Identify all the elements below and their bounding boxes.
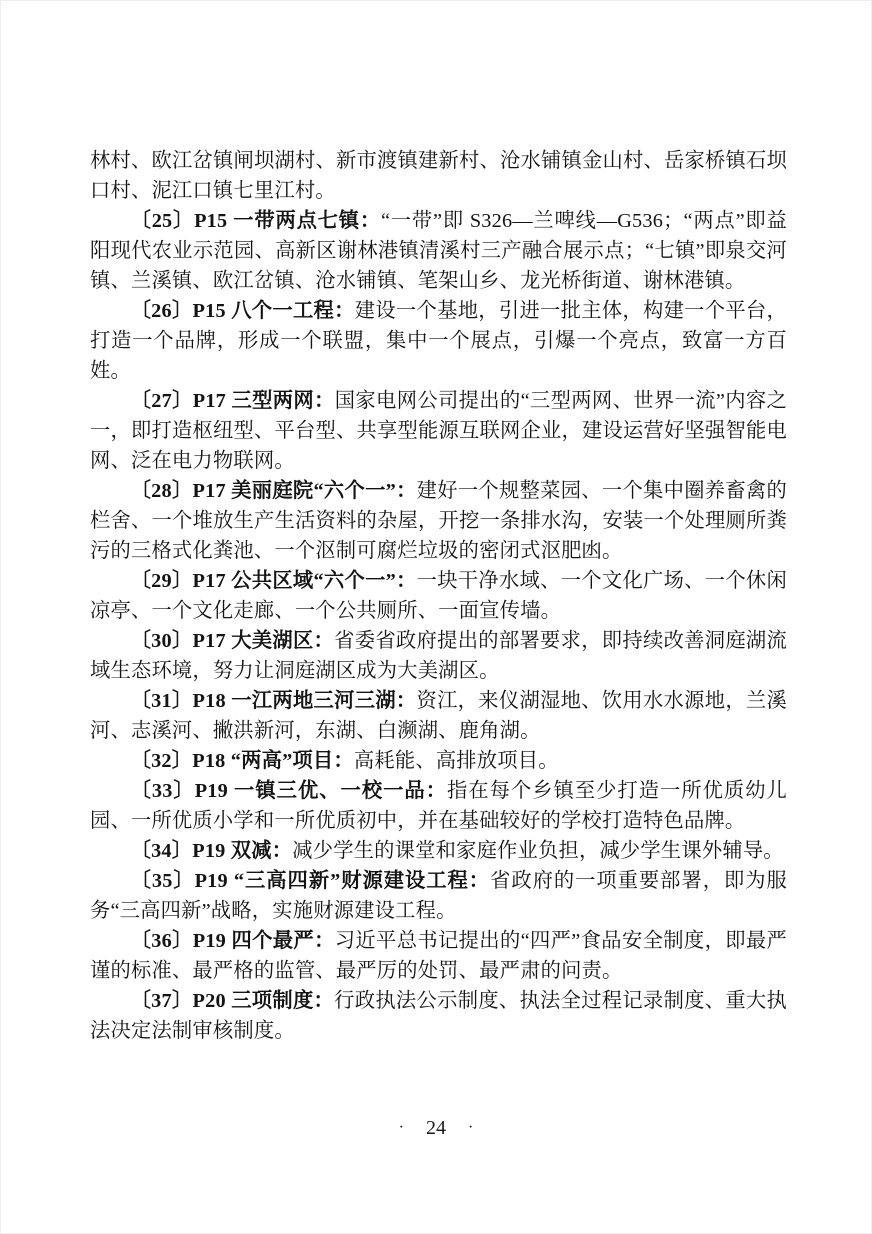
page-number: 24 — [426, 1117, 446, 1139]
footer-right-dot: · — [468, 1119, 473, 1136]
glossary-entry-27: 〔27〕P17 三型两网：国家电网公司提出的“三型两网、世界一流”内容之一，即打… — [90, 386, 787, 476]
glossary-entry-31: 〔31〕P18 一江两地三河三湖：资江，来仪湖湿地、饮用水水源地，兰溪河、志溪河… — [90, 686, 787, 746]
glossary-entry-37: 〔37〕P20 三项制度：行政执法公示制度、执法全过程记录制度、重大执法决定法制… — [90, 986, 787, 1046]
glossary-entry-35: 〔35〕P19 “三高四新”财源建设工程：省政府的一项重要部署，即为服务“三高四… — [90, 866, 787, 926]
entry-head: 〔26〕P15 八个一工程： — [131, 300, 355, 322]
page-footer: ·24· — [0, 1114, 872, 1142]
glossary-entry-30: 〔30〕P17 大美湖区：省委省政府提出的部署要求，即持续改善洞庭湖流域生态环境… — [90, 626, 787, 686]
entry-head: 〔37〕P20 三项制度： — [131, 990, 335, 1012]
text-block: 林村、欧江岔镇闸坝湖村、新市渡镇建新村、沧水铺镇金山村、岳家桥镇石坝口村、泥江口… — [90, 146, 787, 1046]
footer-left-dot: · — [399, 1119, 404, 1136]
entry-head: 〔32〕P18 “两高”项目： — [131, 750, 354, 772]
glossary-entry-25: 〔25〕P15 一带两点七镇：“一带”即 S326—兰啤线—G536；“两点”即… — [90, 206, 787, 296]
entry-head: 〔31〕P18 一江两地三河三湖： — [131, 690, 417, 712]
entry-head: 〔36〕P19 四个最严： — [131, 930, 335, 952]
entry-head: 〔28〕P17 美丽庭院“六个一”： — [131, 480, 417, 502]
glossary-entry-36: 〔36〕P19 四个最严：习近平总书记提出的“四严”食品安全制度，即最严谨的标准… — [90, 926, 787, 986]
glossary-entry-34: 〔34〕P19 双减：减少学生的课堂和家庭作业负担，减少学生课外辅导。 — [90, 836, 787, 866]
document-page: 林村、欧江岔镇闸坝湖村、新市渡镇建新村、沧水铺镇金山村、岳家桥镇石坝口村、泥江口… — [0, 0, 872, 1234]
entry-head: 〔34〕P19 双减： — [131, 840, 293, 862]
glossary-entry-32: 〔32〕P18 “两高”项目：高耗能、高排放项目。 — [90, 746, 787, 776]
glossary-entry-29: 〔29〕P17 公共区域“六个一”：一块干净水域、一个文化广场、一个休闲凉亭、一… — [90, 566, 787, 626]
glossary-entry-33: 〔33〕P19 一镇三优、一校一品：指在每个乡镇至少打造一所优质幼儿园、一所优质… — [90, 776, 787, 836]
glossary-entry-28: 〔28〕P17 美丽庭院“六个一”：建好一个规整菜园、一个集中圈养畜禽的栏舍、一… — [90, 476, 787, 566]
entry-head: 〔30〕P17 大美湖区： — [131, 630, 335, 652]
entry-head: 〔27〕P17 三型两网： — [131, 390, 335, 412]
entry-head: 〔29〕P17 公共区域“六个一”： — [131, 570, 417, 592]
entry-body: 高耗能、高排放项目。 — [354, 750, 559, 772]
entry-head: 〔25〕P15 一带两点七镇： — [131, 210, 381, 232]
continuation-paragraph: 林村、欧江岔镇闸坝湖村、新市渡镇建新村、沧水铺镇金山村、岳家桥镇石坝口村、泥江口… — [90, 146, 787, 206]
entry-head: 〔33〕P19 一镇三优、一校一品： — [131, 780, 447, 802]
entry-head: 〔35〕P19 “三高四新”财源建设工程： — [131, 870, 490, 892]
glossary-entry-26: 〔26〕P15 八个一工程：建设一个基地，引进一批主体，构建一个平台，打造一个品… — [90, 296, 787, 386]
entry-body: 减少学生的课堂和家庭作业负担，减少学生课外辅导。 — [292, 840, 784, 862]
